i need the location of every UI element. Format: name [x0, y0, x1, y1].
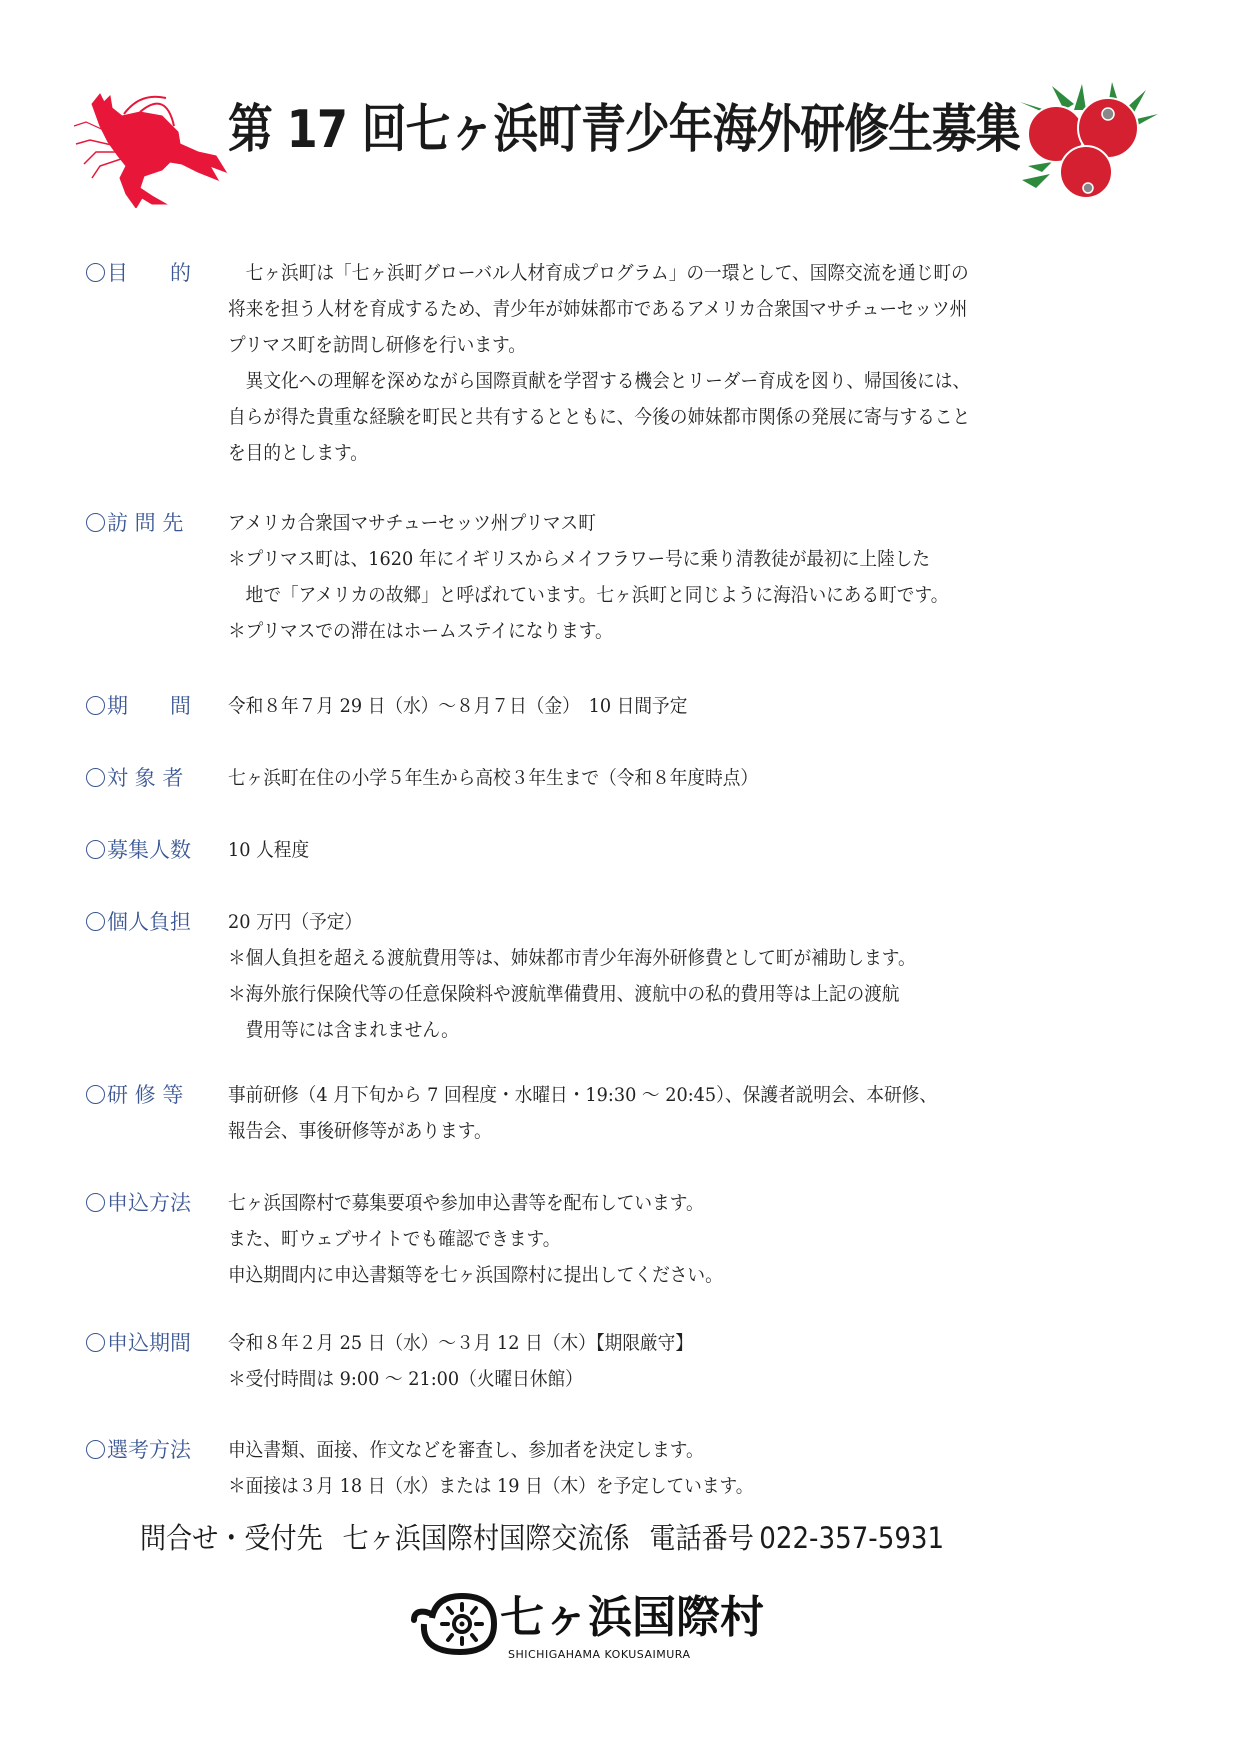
section-body: 令和８年２月 25 日（水）～３月 12 日（木）【期限厳守】 ＊受付時間は 9…: [228, 1325, 1168, 1397]
text-line: また、町ウェブサイトでも確認できます。: [228, 1221, 1102, 1257]
text-line: 報告会、事後研修等があります。: [228, 1113, 1102, 1149]
section-body: 七ヶ浜国際村で募集要項や参加申込書等を配布しています。 また、町ウェブサイトでも…: [228, 1185, 1168, 1293]
section-label: 申込方法: [86, 1185, 216, 1221]
section-label: 目 的: [86, 255, 216, 291]
crayfish-icon: [70, 86, 230, 208]
circle-bullet-icon: [86, 513, 105, 532]
section-label: 対 象 者: [86, 760, 216, 796]
text-line: 七ヶ浜国際村で募集要項や参加申込書等を配布しています。: [228, 1185, 1102, 1221]
text-line: 七ヶ浜町は「七ヶ浜町グローバル人材育成プログラム」の一環として、国際交流を通じ町…: [228, 255, 1102, 291]
text-line: 令和８年２月 25 日（水）～３月 12 日（木）【期限厳守】: [228, 1325, 1102, 1361]
cranberries-icon: [1012, 80, 1162, 200]
section-label: 訪 問 先: [86, 505, 216, 541]
section-body: 令和８年７月 29 日（水）～８月７日（金） 10 日間予定: [228, 688, 1168, 724]
text-line: ＊個人負担を超える渡航費用等は、姉妹都市青少年海外研修費として町が補助します。: [228, 940, 1102, 976]
text-line: を目的とします。: [228, 435, 1102, 471]
section-body: 事前研修（4 月下旬から 7 回程度・水曜日・19:30 ～ 20:45）、保護…: [228, 1077, 1168, 1149]
text-line: 10 人程度: [228, 832, 1102, 868]
text-line: アメリカ合衆国マサチューセッツ州プリマス町: [228, 505, 1102, 541]
text-line: 20 万円（予定）: [228, 904, 1102, 940]
text-line: ＊海外旅行保険代等の任意保険料や渡航準備費用、渡航中の私的費用等は上記の渡航: [228, 976, 1102, 1012]
header: 第 17 回七ヶ浜町青少年海外研修生募集: [0, 70, 1241, 210]
text-line: 七ヶ浜町在住の小学５年生から高校３年生まで（令和８年度時点）: [228, 760, 1102, 796]
circle-bullet-icon: [86, 1333, 105, 1352]
section-label: 募集人数: [86, 832, 216, 868]
text-line: プリマス町を訪問し研修を行います。: [228, 327, 1102, 363]
logo-name: 七ヶ浜国際村: [500, 1588, 764, 1648]
circle-bullet-icon: [86, 1193, 105, 1212]
phone-number: 022-357-5931: [759, 1521, 944, 1555]
circle-bullet-icon: [86, 912, 105, 931]
logo-roman: SHICHIGAHAMA KOKUSAIMURA: [508, 1648, 691, 1661]
shell-logo-icon: [410, 1590, 500, 1658]
text-line: 地で「アメリカの故郷」と呼ばれています。七ヶ浜町と同じように海沿いにある町です。: [228, 577, 1102, 613]
text-line: 将来を担う人材を育成するため、青少年が姉妹都市であるアメリカ合衆国マサチューセッ…: [228, 291, 1102, 327]
circle-bullet-icon: [86, 840, 105, 859]
circle-bullet-icon: [86, 696, 105, 715]
text-line: 異文化への理解を深めながら国際貢献を学習する機会とリーダー育成を図り、帰国後には…: [228, 363, 1102, 399]
section-body: 申込書類、面接、作文などを審査し、参加者を決定します。 ＊面接は３月 18 日（…: [228, 1432, 1168, 1504]
text-line: 事前研修（4 月下旬から 7 回程度・水曜日・19:30 ～ 20:45）、保護…: [228, 1077, 1102, 1113]
section-label: 個人負担: [86, 904, 216, 940]
text-line: 申込書類、面接、作文などを審査し、参加者を決定します。: [228, 1432, 1102, 1468]
section-body: 10 人程度: [228, 832, 1168, 868]
text-line: ＊プリマスでの滞在はホームステイになります。: [228, 613, 1102, 649]
text-line: 費用等には含まれません。: [228, 1012, 1102, 1048]
circle-bullet-icon: [86, 263, 105, 282]
section-label: 研 修 等: [86, 1077, 216, 1113]
section-body: 七ヶ浜町在住の小学５年生から高校３年生まで（令和８年度時点）: [228, 760, 1168, 796]
text-line: ＊受付時間は 9:00 ～ 21:00（火曜日休館）: [228, 1361, 1102, 1397]
text-line: 自らが得た貴重な経験を町民と共有するとともに、今後の姉妹都市関係の発展に寄与する…: [228, 399, 1102, 435]
phone-label: 電話番号: [649, 1521, 753, 1555]
text-line: ＊面接は３月 18 日（水）または 19 日（木）を予定しています。: [228, 1468, 1102, 1504]
organization-logo: 七ヶ浜国際村 SHICHIGAHAMA KOKUSAIMURA: [410, 1588, 750, 1678]
text-line: 令和８年７月 29 日（水）～８月７日（金） 10 日間予定: [228, 688, 1102, 724]
circle-bullet-icon: [86, 1440, 105, 1459]
text-line: 申込期間内に申込書類等を七ヶ浜国際村に提出してください。: [228, 1257, 1102, 1293]
circle-bullet-icon: [86, 1085, 105, 1104]
page-title: 第 17 回七ヶ浜町青少年海外研修生募集: [228, 98, 907, 162]
section-label: 選考方法: [86, 1432, 216, 1468]
contact-info: 問合せ・受付先七ヶ浜国際村国際交流係電話番号022-357-5931: [140, 1516, 995, 1557]
section-label: 期 間: [86, 688, 216, 724]
circle-bullet-icon: [86, 768, 105, 787]
text-line: ＊プリマス町は、1620 年にイギリスからメイフラワー号に乗り清教徒が最初に上陸…: [228, 541, 1102, 577]
section-body: 20 万円（予定） ＊個人負担を超える渡航費用等は、姉妹都市青少年海外研修費とし…: [228, 904, 1168, 1048]
contact-label: 問合せ・受付先: [140, 1521, 323, 1555]
contact-org: 七ヶ浜国際村国際交流係: [343, 1521, 630, 1555]
section-body: 七ヶ浜町は「七ヶ浜町グローバル人材育成プログラム」の一環として、国際交流を通じ町…: [228, 255, 1168, 471]
section-body: アメリカ合衆国マサチューセッツ州プリマス町 ＊プリマス町は、1620 年にイギリ…: [228, 505, 1168, 649]
section-label: 申込期間: [86, 1325, 216, 1361]
